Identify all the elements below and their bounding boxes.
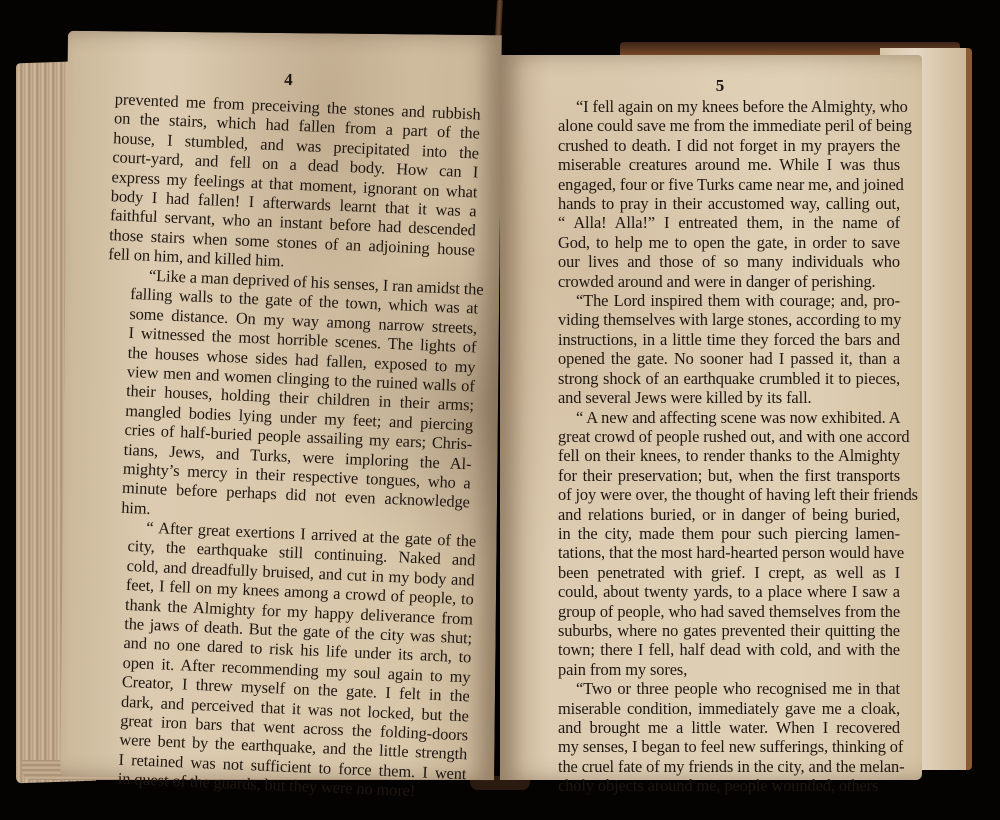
paragraph: “Two or three people who recognised me i… xyxy=(540,679,900,795)
page-number-left: 4 xyxy=(95,69,481,91)
text-line: opened the gate. No sooner had I passed … xyxy=(540,349,900,368)
text-line: great crowd of people rushed out, and wi… xyxy=(540,427,900,446)
text-line: “Two or three people who recognised me i… xyxy=(540,679,900,698)
text-line: suburbs, where no gates prevented their … xyxy=(540,621,900,640)
text-line: “The Lord inspired them with courage; an… xyxy=(540,291,900,310)
text-line: crowded around and were in danger of per… xyxy=(540,272,900,291)
text-line: of joy were over, the thought of having … xyxy=(540,485,900,504)
page-number-right: 5 xyxy=(540,77,900,95)
text-line: alone could save me from the immediate p… xyxy=(540,116,900,135)
text-line: “I fell again on my knees before the Alm… xyxy=(540,97,900,116)
text-line: tations, that the most hard-hearted pers… xyxy=(540,543,900,562)
text-line: the cruel fate of my friends in the city… xyxy=(540,757,900,776)
right-page: 5 “I fell again on my knees before the A… xyxy=(500,55,922,780)
text-line: pain from my sores, xyxy=(540,660,900,679)
right-page-body: “I fell again on my knees before the Alm… xyxy=(540,97,900,796)
text-line: crushed to death. I did not forget in my… xyxy=(540,136,900,155)
paragraph: “ A new and affecting scene was now exhi… xyxy=(540,408,900,680)
text-line: miserable condition, immediately gave me… xyxy=(540,699,900,718)
text-line: hands to pray in their accustomed way, c… xyxy=(540,194,900,213)
text-line: God, to help me to open the gate, in ord… xyxy=(540,233,900,252)
text-line: our lives and those of so many individua… xyxy=(540,252,900,271)
text-line: fell on their knees, to render thanks to… xyxy=(540,446,900,465)
text-line: instructions, in a little time they forc… xyxy=(540,330,900,349)
text-line: town; there I fell, half dead with cold,… xyxy=(540,640,900,659)
text-line: and relations buried, or in danger of be… xyxy=(540,505,900,524)
text-line: “ A new and affecting scene was now exhi… xyxy=(540,408,900,427)
text-line: and several Jews were killed by its fall… xyxy=(540,388,900,407)
text-line: for their preservation; but, when the fi… xyxy=(540,466,900,485)
paragraph: “Like a man deprived of his senses, I ra… xyxy=(103,264,479,531)
text-line: could, about twenty yards, to a place wh… xyxy=(540,582,900,601)
text-line: engaged, four or five Turks came near me… xyxy=(540,175,900,194)
text-line: “ Alla! Alla!” I entreated them, in the … xyxy=(540,213,900,232)
text-line: been penetrated with grief. I crept, as … xyxy=(540,563,900,582)
text-line: my senses, I began to feel new suffering… xyxy=(540,737,900,756)
text-line: strong shock of an earthquake crumbled i… xyxy=(540,369,900,388)
text-line: in the city, made them pour such piercin… xyxy=(540,524,900,543)
left-page-body: prevented me from preceiving the stones … xyxy=(108,89,481,791)
text-line: choly objects around me, people wounded,… xyxy=(540,776,900,795)
text-line: viding themselves with large stones, acc… xyxy=(540,310,900,329)
paragraph: “I fell again on my knees before the Alm… xyxy=(540,97,900,291)
left-page: 4 prevented me from preceiving the stone… xyxy=(60,31,502,781)
paragraph: “The Lord inspired them with courage; an… xyxy=(540,291,900,407)
text-line: and brought me a little water. When I re… xyxy=(540,718,900,737)
text-line: miserable creatures around me. While I w… xyxy=(540,155,900,174)
text-line: group of people, who had saved themselve… xyxy=(540,602,900,621)
paragraph: prevented me from preceiving the stones … xyxy=(108,89,481,279)
paragraph: “ After great exertions I arrived at the… xyxy=(99,516,476,803)
